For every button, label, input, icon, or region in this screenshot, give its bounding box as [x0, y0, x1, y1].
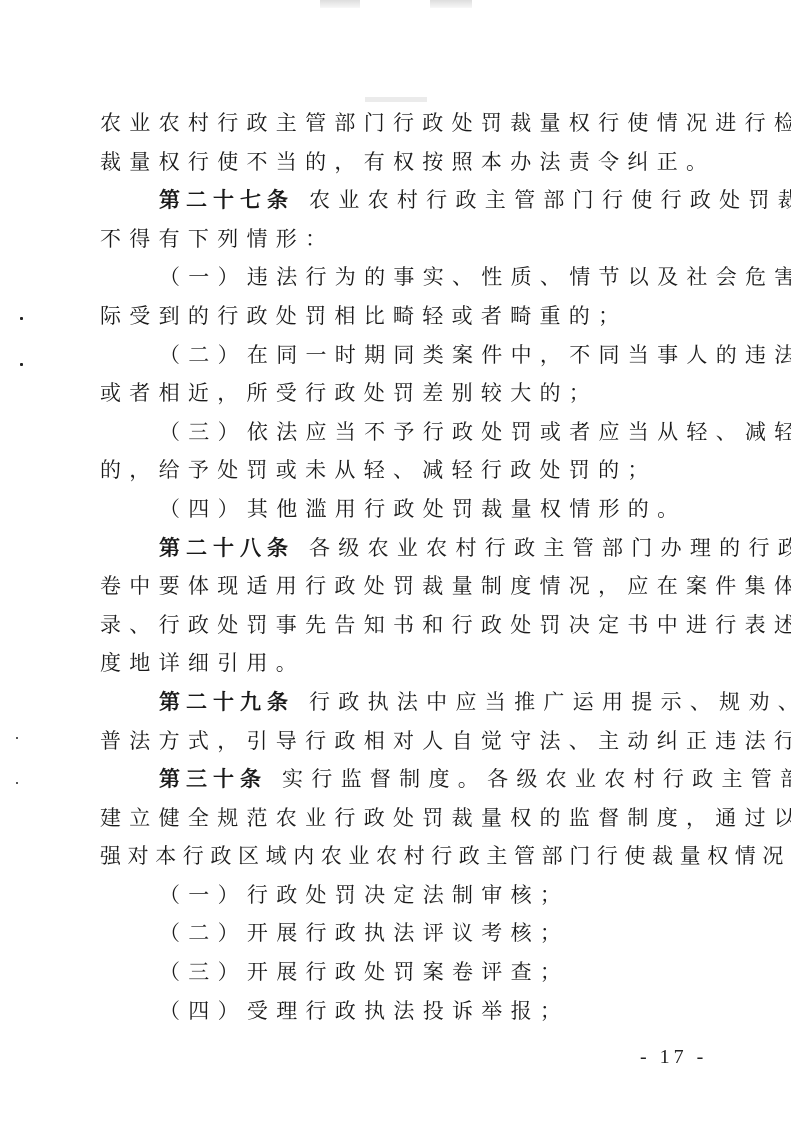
article-title: 第二十七条: [159, 187, 294, 212]
list-item: （三）开展行政处罚案卷评查；: [100, 953, 700, 992]
list-item: （一）行政处罚决定法制审核；: [100, 876, 700, 915]
article-30: 第三十条 实行监督制度。各级农业农村行政主管部门应当: [100, 760, 700, 799]
article-text: 农业农村行政主管部门行使行政处罚裁量权，: [309, 188, 791, 212]
text-line: 或者相近，所受行政处罚差别较大的；: [100, 374, 700, 413]
text-line: 农业农村行政主管部门行政处罚裁量权行使情况进行检查，发现: [100, 104, 700, 143]
faint-stamp-mark: [365, 97, 427, 102]
scan-artifact-right: [430, 0, 472, 8]
article-title: 第二十九条: [159, 689, 294, 714]
list-item: （一）违法行为的事实、性质、情节以及社会危害程度与实: [100, 258, 700, 297]
article-text: 各级农业农村行政主管部门办理的行政处罚案: [309, 536, 791, 560]
binding-hole-mark: [20, 363, 23, 366]
list-item: （二）在同一时期同类案件中，不同当事人的违法行为相同: [100, 336, 700, 375]
document-body: 农业农村行政主管部门行政处罚裁量权行使情况进行检查，发现 裁量权行使不当的，有权…: [100, 104, 700, 1030]
article-27: 第二十七条 农业农村行政主管部门行使行政处罚裁量权，: [100, 181, 700, 220]
text-line: 普法方式，引导行政相对人自觉守法、主动纠正违法行为。: [100, 722, 700, 761]
article-29: 第二十九条 行政执法中应当推广运用提示、规劝、建议等: [100, 683, 700, 722]
text-line: 建立健全规范农业行政处罚裁量权的监督制度，通过以下方式加: [100, 799, 700, 838]
binding-hole-mark: [16, 737, 18, 739]
list-item: （三）依法应当不予行政处罚或者应当从轻、减轻行政处罚: [100, 413, 700, 452]
text-line: 际受到的行政处罚相比畸轻或者畸重的；: [100, 297, 700, 336]
text-line: 的，给予处罚或未从轻、减轻行政处罚的；: [100, 451, 700, 490]
list-item: （四）受理行政执法投诉举报；: [100, 992, 700, 1031]
binding-hole-mark: [20, 317, 23, 320]
binding-hole-mark: [16, 782, 18, 784]
text-line: 强对本行政区域内农业农村行政主管部门行使裁量权情况的监督：: [100, 837, 700, 876]
article-text: 行政执法中应当推广运用提示、规劝、建议等: [309, 690, 791, 714]
text-line: 度地详细引用。: [100, 644, 700, 683]
page-number: - 17 -: [640, 1046, 707, 1069]
article-28: 第二十八条 各级农业农村行政主管部门办理的行政处罚案: [100, 529, 700, 568]
text-line: 卷中要体现适用行政处罚裁量制度情况，应在案件集体讨论记: [100, 567, 700, 606]
list-item: （四）其他滥用行政处罚裁量权情形的。: [100, 490, 700, 529]
article-title: 第二十八条: [159, 535, 294, 560]
text-line: 裁量权行使不当的，有权按照本办法责令纠正。: [100, 143, 700, 182]
list-item: （二）开展行政执法评议考核；: [100, 914, 700, 953]
text-line: 录、行政处罚事先告知书和行政处罚决定书中进行表述，最大限: [100, 606, 700, 645]
text-line: 不得有下列情形：: [100, 220, 700, 259]
article-text: 实行监督制度。各级农业农村行政主管部门应当: [282, 767, 791, 791]
article-title: 第三十条: [159, 766, 267, 791]
scan-artifact-left: [320, 0, 360, 8]
